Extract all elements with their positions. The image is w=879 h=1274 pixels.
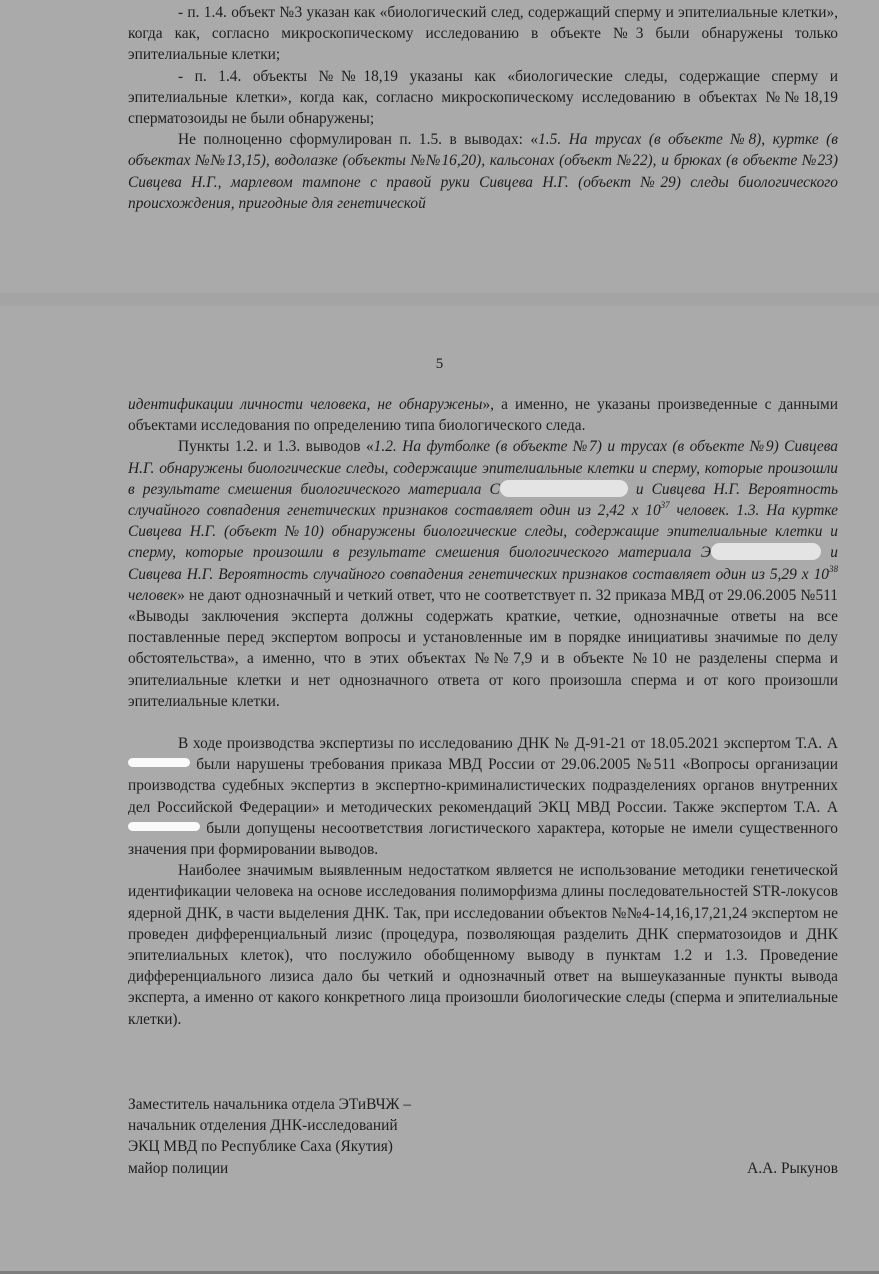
items-1-2-1-3-tail: » не дают однозначный и четкий ответ, чт… bbox=[128, 587, 838, 710]
page-number: 5 bbox=[0, 356, 879, 373]
redacted-name bbox=[500, 480, 628, 497]
violations-b: были нарушены требования приказа МВД Рос… bbox=[128, 756, 838, 815]
violations-c: были допущены несоответствия логистическ… bbox=[128, 820, 838, 858]
page-4-text: - п. 1.4. объект №3 указан как «биологич… bbox=[128, 2, 838, 214]
paragraph-item-1-5-continued: идентификации личности человека, не обна… bbox=[128, 394, 838, 436]
redacted-name bbox=[711, 543, 821, 560]
signature-position: Заместитель начальника отдела ЭТиВЧЖ – н… bbox=[128, 1094, 838, 1179]
signature-block: Заместитель начальника отдела ЭТиВЧЖ – н… bbox=[128, 1094, 838, 1179]
items-1-3-quote-e: человек bbox=[128, 587, 177, 604]
items-1-2-lead: Пункты 1.2. и 1.3. выводов « bbox=[178, 438, 374, 455]
signature-line: Заместитель начальника отдела ЭТиВЧЖ – bbox=[128, 1094, 838, 1115]
paragraph-items-18-19: - п. 1.4. объекты №№18,19 указаны как «б… bbox=[128, 66, 838, 130]
paragraph-item-3: - п. 1.4. объект №3 указан как «биологич… bbox=[128, 2, 838, 66]
paragraph-violations: В ходе производства экспертизы по исслед… bbox=[128, 733, 838, 860]
violations-a: В ходе производства экспертизы по исслед… bbox=[178, 735, 838, 752]
exponent-2: 38 bbox=[829, 564, 838, 574]
signatory-name: А.А. Рыкунов bbox=[747, 1158, 838, 1179]
page-5-text: идентификации личности человека, не обна… bbox=[128, 394, 838, 1030]
spacer bbox=[128, 712, 838, 733]
redacted-name bbox=[128, 822, 200, 831]
paragraph-main-flaw: Наиболее значимым выявленным недостатком… bbox=[128, 860, 838, 1030]
signature-line: майор полиции bbox=[128, 1158, 838, 1179]
paragraph-item-1-5: Не полноценно сформулирован п. 1.5. в вы… bbox=[128, 129, 838, 214]
redacted-name bbox=[128, 758, 190, 767]
exponent-1: 37 bbox=[661, 500, 670, 510]
item-1-5-quote-continued: идентификации личности человека, не обна… bbox=[128, 396, 482, 413]
item-1-5-lead: Не полноценно сформулирован п. 1.5. в вы… bbox=[178, 131, 538, 148]
signature-line: ЭКЦ МВД по Республике Саха (Якутия) bbox=[128, 1136, 838, 1157]
page-break bbox=[0, 293, 879, 306]
paragraph-items-1-2-1-3: Пункты 1.2. и 1.3. выводов «1.2. На футб… bbox=[128, 436, 838, 712]
signature-line: начальник отделения ДНК-исследований bbox=[128, 1115, 838, 1136]
